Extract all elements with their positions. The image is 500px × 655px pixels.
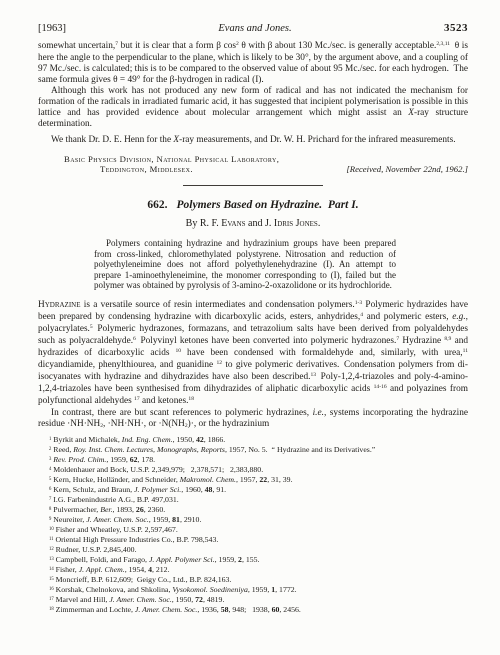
- journal-page: [1963] Evans and Jones. 3523 somewhat un…: [0, 0, 500, 616]
- article-abstract: Polymers containing hydrazine and hydraz…: [94, 238, 396, 291]
- article-title-line: 662.Polymers Based on Hydrazine. Part I.: [38, 199, 468, 211]
- article-divider-rule: [183, 185, 323, 186]
- prev-article-paragraph-continuation: somewhat uncertain,7 but it is clear tha…: [38, 41, 468, 86]
- header-running-title: Evans and Jones.: [218, 23, 291, 34]
- footnote-18: 18 Zimmerman and Lochte, J. Amer. Chem. …: [38, 606, 468, 616]
- running-header: [1963] Evans and Jones. 3523: [38, 22, 468, 34]
- body-paragraph-1: Hydrazine is a versatile source of resin…: [38, 300, 468, 408]
- article-title: Polymers Based on Hydrazine. Part I.: [177, 199, 359, 211]
- article-byline: By R. F. Evans and J. Idris Jones.: [38, 218, 468, 229]
- prev-article-paragraph-conclusion: Although this work has not produced any …: [38, 86, 468, 130]
- affiliation-line-1: Basic Physics Division, National Physica…: [38, 154, 468, 164]
- acknowledgement-paragraph: We thank Dr. D. E. Henn for the X-ray me…: [38, 135, 468, 146]
- body-paragraph-2: In contrast, there are but scant referen…: [38, 408, 468, 431]
- footnotes-block: 1 Byrkit and Michalek, Ind. Eng. Chem., …: [38, 436, 468, 616]
- author-affiliation-block: Basic Physics Division, National Physica…: [38, 154, 468, 174]
- article-number: 662.: [147, 199, 167, 211]
- header-page-number: 3523: [444, 22, 468, 34]
- affiliation-line-2: Teddington, Middlesex. [Received, Novemb…: [38, 164, 468, 174]
- affiliation-place: Teddington, Middlesex.: [38, 164, 193, 174]
- received-date: [Received, November 22nd, 1962.]: [346, 164, 468, 174]
- header-year: [1963]: [38, 23, 66, 34]
